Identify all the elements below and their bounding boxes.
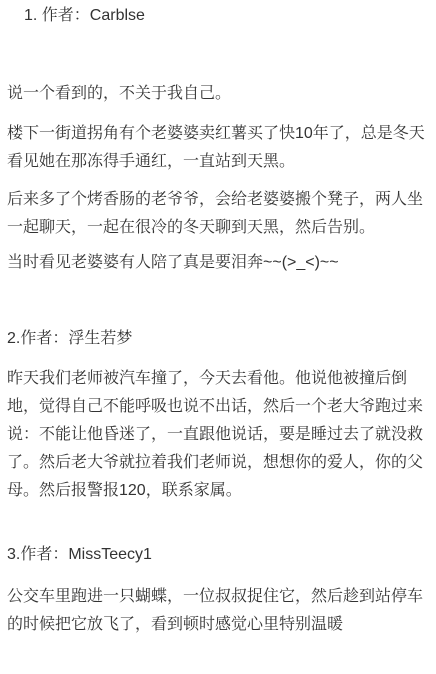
- post-author-heading: 1. 作者：Carblse: [7, 2, 428, 30]
- post-paragraph: 后来多了个烤香肠的老爷爷，会给老婆婆搬个凳子，两人坐 一起聊天，一起在很冷的冬天…: [7, 186, 428, 242]
- post-3: 3.作者：MissTeecy1 公交车里跑进一只蝴蝶，一位叔叔捉住它，然后趁到站…: [7, 541, 428, 639]
- post-paragraph: 公交车里跑进一只蝴蝶，一位叔叔捉住它，然后趁到站停车 的时候把它放飞了，看到顿时…: [7, 583, 428, 639]
- post-author-heading: 2.作者：浮生若梦: [7, 325, 428, 353]
- post-1: 1. 作者：Carblse 说一个看到的，不关于我自己。 楼下一街道拐角有个老婆…: [7, 2, 428, 277]
- post-paragraph: 楼下一街道拐角有个老婆婆卖红薯买了快10年了，总是冬天 看见她在那冻得手通红，一…: [7, 120, 428, 176]
- post-paragraph: 说一个看到的，不关于我自己。: [7, 80, 428, 108]
- post-author-heading: 3.作者：MissTeecy1: [7, 541, 428, 569]
- post-2: 2.作者：浮生若梦 昨天我们老师被汽车撞了，今天去看他。他说他被撞后倒 地，觉得…: [7, 325, 428, 505]
- article-body: 1. 作者：Carblse 说一个看到的，不关于我自己。 楼下一街道拐角有个老婆…: [0, 2, 436, 674]
- post-paragraph: 昨天我们老师被汽车撞了，今天去看他。他说他被撞后倒 地，觉得自己不能呼吸也说不出…: [7, 365, 428, 505]
- post-paragraph: 当时看见老婆婆有人陪了真是要泪奔~~(>_<)~~: [7, 249, 428, 277]
